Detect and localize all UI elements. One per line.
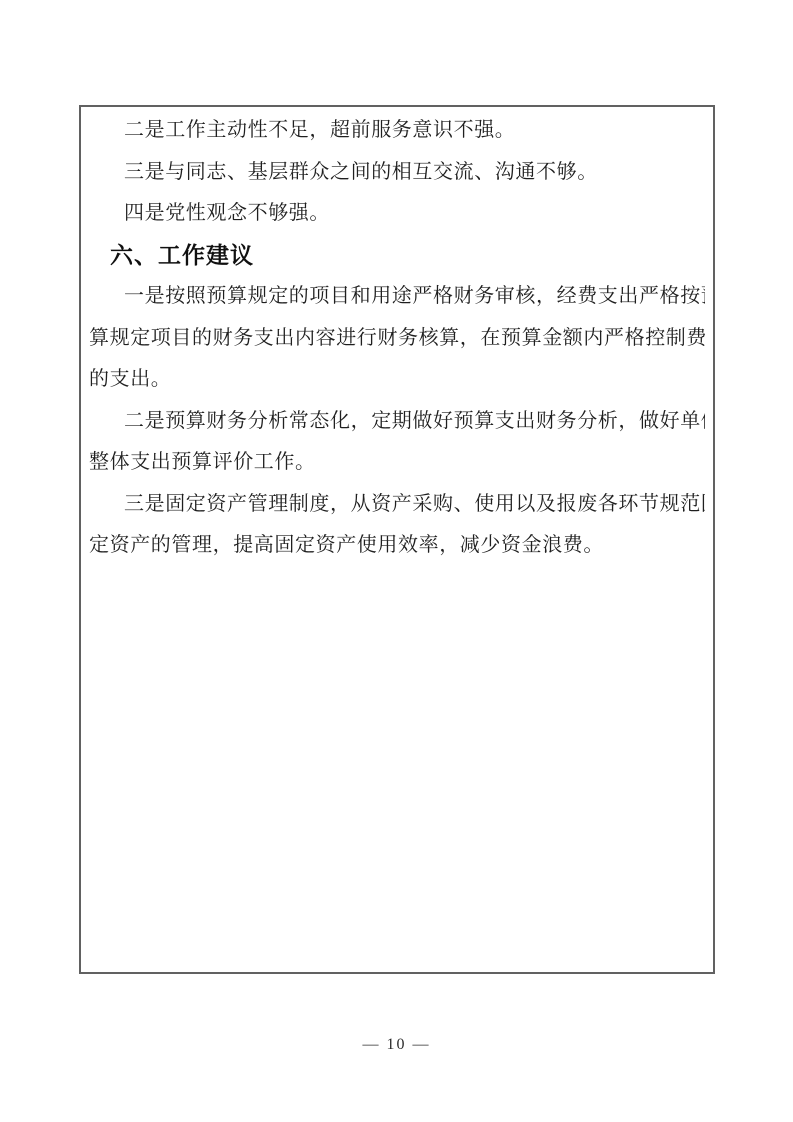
paragraph-3-line-1: 三是固定资产管理制度，从资产采购、使用以及报废各环节规范固	[89, 484, 705, 526]
paragraph-2-line-2: 整体支出预算评价工作。	[89, 442, 705, 484]
paragraph-2-line-1: 二是预算财务分析常态化，定期做好预算支出财务分析，做好单位	[89, 401, 705, 443]
section-heading: 六、工作建议	[89, 235, 705, 277]
paragraph-3-line-2: 定资产的管理，提高固定资产使用效率，减少资金浪费。	[89, 525, 705, 567]
paragraph-1-line-3: 的支出。	[89, 359, 705, 401]
content-frame: 二是工作主动性不足，超前服务意识不强。 三是与同志、基层群众之间的相互交流、沟通…	[79, 105, 715, 974]
paragraph-1-line-2: 算规定项目的财务支出内容进行财务核算，在预算金额内严格控制费用	[89, 318, 705, 360]
paragraph-1-line-1: 一是按照预算规定的项目和用途严格财务审核，经费支出严格按预	[89, 276, 705, 318]
page-number: — 10 —	[0, 1036, 793, 1054]
intro-line-2: 三是与同志、基层群众之间的相互交流、沟通不够。	[89, 152, 705, 194]
intro-line-1: 二是工作主动性不足，超前服务意识不强。	[89, 110, 705, 152]
intro-line-3: 四是党性观念不够强。	[89, 193, 705, 235]
document-page: 二是工作主动性不足，超前服务意识不强。 三是与同志、基层群众之间的相互交流、沟通…	[0, 0, 793, 1122]
